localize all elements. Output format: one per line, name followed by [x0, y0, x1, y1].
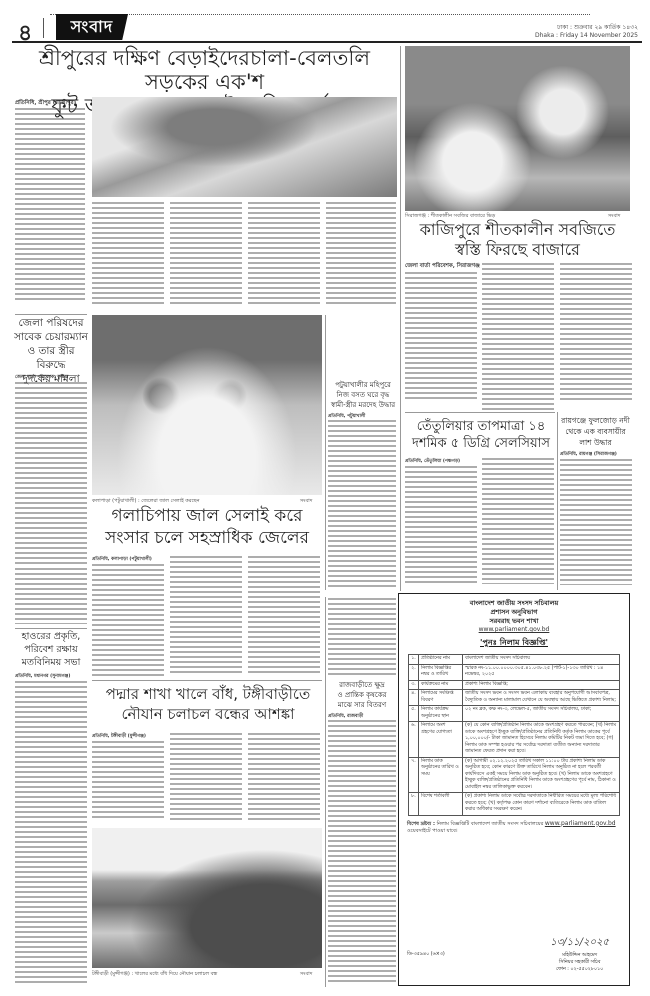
notice-details-table: ১.প্রতিষ্ঠানের নামবাংলাদেশ জাতীয় সংসদ স…: [408, 654, 620, 816]
rajbari-headline-line-2: ও প্রান্তিক কৃষকের: [328, 690, 396, 700]
galachipa-headline[interactable]: গলাচিপায় জাল সেলাই করে সংসার চলে সহস্রা…: [92, 505, 322, 549]
signer-name: মহিউদ্দিন আহমেদ: [550, 952, 609, 959]
table-row: ৬.নিলামে অংশ গ্রহণের যোগ্যতা(ক) যে কোন ব…: [409, 722, 620, 758]
row-number: ৪.: [409, 690, 419, 706]
signature-scribble: ১৩/১১/২০২৫: [550, 935, 609, 952]
galachipa-body-col-3: [248, 556, 320, 676]
kazipur-headline[interactable]: কাজিপুরে শীতকালীন সবজিতে স্বস্তি ফিরছে ব…: [405, 220, 630, 260]
notice-org: বাংলাদেশ জাতীয় সংসদ সচিবালয়: [399, 599, 629, 608]
haor-body: [15, 681, 87, 986]
rajganj-body: [560, 459, 632, 585]
row-value: বাংলাদেশ জাতীয় সংসদ সচিবালয়: [463, 655, 620, 665]
tetulia-body-col-2: [482, 458, 554, 584]
haor-headline[interactable]: হাওরের প্রকৃতি, পরিবেশ রক্ষায় মতবিনিময়…: [12, 630, 90, 669]
row-number: ৬.: [409, 722, 419, 758]
notice-dept: প্রশাসন অনুবিভাগ: [399, 608, 629, 617]
notice-website-link[interactable]: www.parliament.gov.bd: [399, 626, 629, 633]
table-row: ৪.নিলামের সংক্ষিপ্ত বিবরণজাতীয় সংসদ ভবন…: [409, 690, 620, 706]
section-divider: [405, 412, 555, 413]
row-key: নিলামে অংশ গ্রহণের যোগ্যতা: [419, 722, 463, 758]
patuakhali-byline: প্রতিনিধি, পটুয়াখালী: [328, 413, 365, 420]
patuakhali-headline[interactable]: পটুয়াখালীর মহিপুরে নিজ বসত ঘরে বৃদ্ধ স্…: [328, 380, 398, 410]
haor-headline-line-1: হাওরের প্রকৃতি,: [12, 630, 90, 643]
notice-title: 'পুনঃ নিলাম বিজ্ঞপ্তি': [399, 637, 629, 650]
tetulia-headline-line-1: তেঁতুলিয়ার তাপমাত্রা ১৪: [402, 418, 560, 435]
row-value: ০২ নং ব্লক, কক্ষ নং-৩, লেভেল-৫, জাতীয় স…: [463, 706, 620, 722]
padma-photo-credit: সংবাদ: [300, 971, 312, 979]
sreepur-body-col-2: [92, 202, 164, 306]
date-english: Dhaka : Friday 14 November 2025: [535, 32, 638, 40]
padma-byline: প্রতিনিধি, টঙ্গীবাড়ী (মুন্সীগঞ্জ): [92, 733, 146, 740]
kazipur-body-col-1: [405, 272, 477, 402]
notice-footer-link[interactable]: www.parliament.gov.bd: [545, 820, 616, 827]
padma-headline-line-1: পদ্মার শাখা খালে বাঁধ, টঙ্গীবাড়ীতে: [92, 684, 324, 704]
tetulia-byline: প্রতিনিধি, তেঁতুলিয়া (পঞ্চগড়): [405, 458, 460, 465]
padma-body-col-1: [92, 741, 164, 821]
rajbari-headline-line-1: রাজবাড়ীতে ক্ষুদ্র: [328, 680, 396, 690]
sreepur-headline-line-1: শ্রীপুরের দক্ষিণ বেড়াইদেরচালা-বেলতলি সড…: [12, 46, 397, 94]
table-row: ৭.নিলাম ডাক অনুষ্ঠানের তারিখ ও সময়(ক) আ…: [409, 757, 620, 793]
patuakhali-body-continued: [328, 598, 396, 676]
sreepur-byline: প্রতিনিধি, শ্রীপুর (গাজীপুর): [15, 100, 76, 108]
table-row: ৫.নিলাম কার্যক্রম অনুষ্ঠানের স্থান০২ নং …: [409, 706, 620, 722]
zila-headline-line-2: সাবেক চেয়ারম্যান: [12, 330, 90, 344]
patuakhali-headline-line-2: নিজ বসত ঘরে বৃদ্ধ: [328, 390, 398, 400]
row-key: বিশেষ শর্তাবলী: [419, 793, 463, 816]
table-row: ১.প্রতিষ্ঠানের নামবাংলাদেশ জাতীয় সংসদ স…: [409, 655, 620, 665]
sreepur-body-col-3: [170, 202, 242, 306]
padma-headline[interactable]: পদ্মার শাখা খালে বাঁধ, টঙ্গীবাড়ীতে নৌযা…: [92, 684, 324, 724]
sreepur-body-col-1: [15, 108, 85, 303]
signer-title: সিনিয়র সহকারী সচিব: [550, 959, 609, 966]
patuakhali-headline-line-3: স্বামী-স্ত্রীর মরদেহ উদ্ধার: [328, 400, 398, 410]
rajbari-headline-line-3: মাঝে সার বিতরণ: [328, 700, 396, 710]
galachipa-byline: প্রতিনিধি, কলাপাড়া (পটুয়াখালী): [92, 556, 152, 563]
zila-headline-line-3: ও তার স্ত্রীর বিরুদ্ধে: [12, 344, 90, 372]
notice-footer-tail: ওয়েবসাইটে পাওয়া যাবে।: [407, 828, 458, 834]
patuakhali-headline-line-1: পটুয়াখালীর মহিপুরে: [328, 380, 398, 390]
row-number: ৭.: [409, 757, 419, 793]
haor-headline-line-3: মতবিনিময় সভা: [12, 656, 90, 669]
section-divider: [92, 680, 322, 681]
haor-byline: প্রতিনিধি, মধ্যনগর (সুনামগঞ্জ): [15, 673, 70, 680]
tetulia-headline-line-2: দশমিক ৫ ডিগ্রি সেলসিয়াস: [402, 435, 560, 452]
row-number: ৮.: [409, 793, 419, 816]
section-divider: [15, 314, 87, 315]
galachipa-body-col-1: [92, 564, 164, 676]
kazipur-headline-line-1: কাজিপুরে শীতকালীন সবজিতে: [405, 220, 630, 240]
row-key: নিলাম কার্যক্রম অনুষ্ঠানের স্থান: [419, 706, 463, 722]
row-number: ৩.: [409, 680, 419, 690]
notice-footer: বিশেষ দ্রষ্টব্য : নিলাম বিজ্ঞপ্তিটি বাংল…: [399, 816, 629, 839]
row-number: ১.: [409, 655, 419, 665]
sreepur-body-col-4: [248, 202, 320, 306]
row-number: ২.: [409, 664, 419, 680]
notice-branch: সরবরাহ ভবন শাখা: [399, 617, 629, 626]
notice-footer-label: বিশেষ দ্রষ্টব্য :: [407, 821, 435, 827]
tetulia-body-col-1: [405, 466, 477, 584]
padma-body-col-2: [170, 733, 242, 821]
sreepur-road-photo: [92, 97, 397, 197]
row-key: কার্যক্রমের নাম: [419, 680, 463, 690]
section-divider: [15, 628, 87, 629]
rajganj-headline[interactable]: রায়গঞ্জে ফুলজোড় নদী থেকে এক ব্যবসায়ীর…: [558, 415, 633, 448]
padma-canal-photo: [92, 828, 322, 968]
galachipa-body-col-2: [170, 556, 242, 676]
notice-footer-text: নিলাম বিজ্ঞপ্তিটি বাংলাদেশ জাতীয় সংসদ স…: [437, 821, 544, 827]
kazipur-body-col-3: [560, 263, 632, 403]
column-divider: [325, 315, 326, 590]
row-value: প্রকাশ্য নিলাম বিজ্ঞপ্তি;: [463, 680, 620, 690]
rajbari-headline[interactable]: রাজবাড়ীতে ক্ষুদ্র ও প্রান্তিক কৃষকের মা…: [328, 680, 396, 710]
date-bengali: ঢাকা : শুক্রবার ২৯ কার্তিক ১৪৩২: [535, 24, 638, 32]
row-number: ৫.: [409, 706, 419, 722]
row-value: (ক) প্রকাশ্য নিলাম ডাকে সর্বোচ্চ দরদাতাক…: [463, 793, 620, 816]
galachipa-headline-line-2: সংসার চলে সহস্রাধিক জেলের: [92, 527, 322, 549]
galachipa-headline-line-1: গলাচিপায় জাল সেলাই করে: [92, 505, 322, 527]
notice-memo-number: ডি-৩৫৯৪০ (৬×৩): [407, 951, 445, 959]
rajganj-headline-line-2: থেকে এক ব্যবসায়ীর: [558, 426, 633, 437]
table-row: ২.নিলাম বিজ্ঞপ্তির নম্বর ও তারিখস্মারক ন…: [409, 664, 620, 680]
zila-parishad-body: [15, 382, 87, 564]
zila-parishad-byline: জেলা বার্তা পরিবেশক, কুষ্টিয়া: [15, 374, 68, 381]
tetulia-headline[interactable]: তেঁতুলিয়ার তাপমাত্রা ১৪ দশমিক ৫ ডিগ্রি …: [402, 418, 560, 452]
rajbari-byline: প্রতিনিধি, রাজবাড়ী: [328, 713, 363, 720]
notice-signature-block: ১৩/১১/২০২৫ মহিউদ্দিন আহমেদ সিনিয়র সহকার…: [550, 935, 609, 973]
row-key: নিলাম বিজ্ঞপ্তির নম্বর ও তারিখ: [419, 664, 463, 680]
zila-headline-line-1: জেলা পরিষদের: [12, 316, 90, 330]
patuakhali-body: [328, 420, 396, 590]
kazipur-body-col-2: [482, 263, 554, 413]
rajganj-headline-line-1: রায়গঞ্জে ফুলজোড় নদী: [558, 415, 633, 426]
table-row: ৮.বিশেষ শর্তাবলী(ক) প্রকাশ্য নিলাম ডাকে …: [409, 793, 620, 816]
table-row: ৩.কার্যক্রমের নামপ্রকাশ্য নিলাম বিজ্ঞপ্ত…: [409, 680, 620, 690]
row-value: (ক) আগামী ০২.১২.২০২৫ তারিখ সকাল ১১:০০ টা…: [463, 757, 620, 793]
row-key: নিলাম ডাক অনুষ্ঠানের তারিখ ও সময়: [419, 757, 463, 793]
padma-photo-caption: টঙ্গীবাড়ী (মুন্সীগঞ্জ) : খালের মধ্যে বা…: [92, 971, 217, 979]
rajganj-headline-line-3: লাশ উদ্ধার: [558, 437, 633, 448]
page-number-divider: [43, 18, 44, 38]
galachipa-fishermen-photo: [92, 315, 322, 495]
kazipur-byline: জেলা বার্তা পরিবেশক, সিরাজগঞ্জ: [405, 263, 480, 271]
haor-headline-line-2: পরিবেশ রক্ষায়: [12, 643, 90, 656]
auction-notice-ad[interactable]: বাংলাদেশ জাতীয় সংসদ সচিবালয় প্রশাসন অন…: [398, 593, 630, 986]
row-key: প্রতিষ্ঠানের নাম: [419, 655, 463, 665]
masthead-dotted-rule: [50, 14, 590, 15]
signer-phone: ফোন : ০২-৫৫০২৮০১০: [550, 966, 609, 973]
padma-body-col-3: [248, 733, 320, 821]
kazipur-headline-line-2: স্বস্তি ফিরছে বাজারে: [405, 240, 630, 260]
newspaper-logo: সংবাদ: [56, 14, 128, 40]
row-key: নিলামের সংক্ষিপ্ত বিবরণ: [419, 690, 463, 706]
masthead-rule: [12, 41, 642, 43]
row-value: (ক) যে কোন ব্যক্তি/প্রতিষ্ঠান নিলাম ডাকে…: [463, 722, 620, 758]
dateline: ঢাকা : শুক্রবার ২৯ কার্তিক ১৪৩২ Dhaka : …: [535, 24, 638, 40]
rajbari-body: [328, 720, 396, 985]
padma-headline-line-2: নৌযান চলাচল বন্ধের আশঙ্কা: [92, 704, 324, 724]
sreepur-body-col-5: [326, 202, 396, 306]
row-value: স্মারক নং-১১.০০.০০০০.৩০৫.৪১.০৩৮.২৫ (পার্…: [463, 664, 620, 680]
row-value: জাতীয় সংসদ ভবন ও সংসদ ভবন এলাকায় ব্যবহ…: [463, 690, 620, 706]
column-divider: [400, 46, 401, 591]
kazipur-market-photo: [405, 46, 630, 211]
zila-parishad-body-continued: [15, 568, 87, 624]
rajganj-byline: প্রতিনিধি, রায়গঞ্জ (সিরাজগঞ্জ): [560, 451, 617, 458]
column-divider: [325, 597, 326, 987]
